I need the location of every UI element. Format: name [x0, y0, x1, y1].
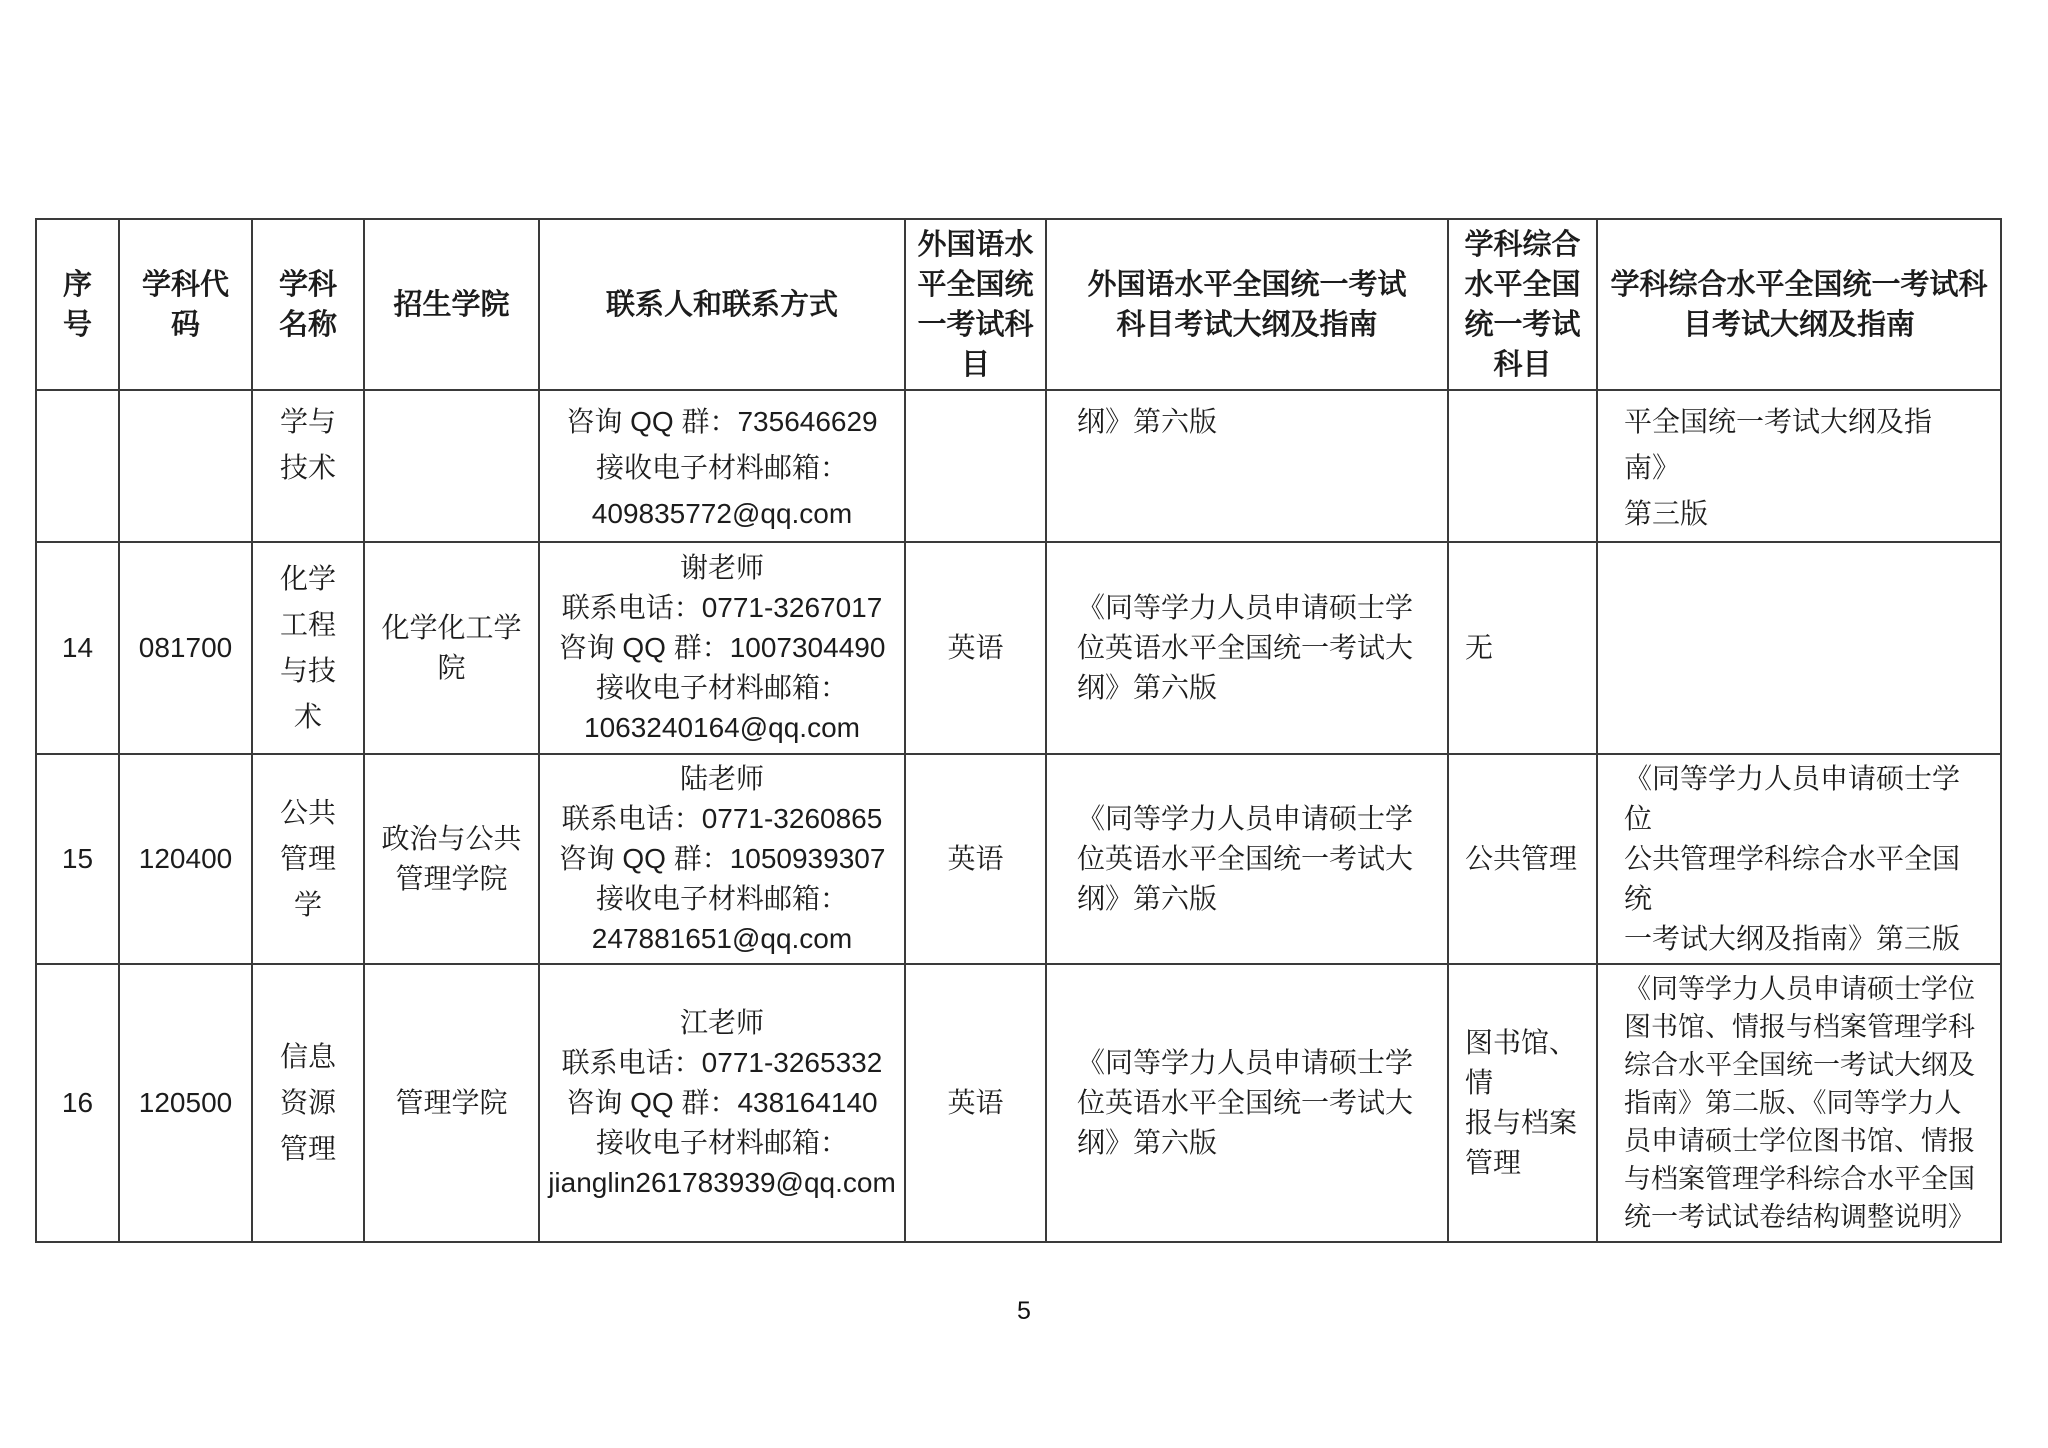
- college-value: 政治与公共 管理学院: [381, 819, 521, 899]
- foreign-exam-guide-value: 《同等学力人员申请硕士学 位英语水平全国统一考试大 纲》第六版: [1077, 799, 1413, 919]
- page-number: 5: [0, 1297, 2048, 1326]
- header-foreign-exam-guide-label: 外国语水平全国统一考试 科目考试大纲及指南: [1087, 265, 1406, 345]
- header-comprehensive-exam-guide: 学科综合水平全国统一考试科 目考试大纲及指南: [1597, 219, 2001, 390]
- header-college-label: 招生学院: [393, 285, 509, 325]
- cell-foreign-exam-guide: 《同等学力人员申请硕士学 位英语水平全国统一考试大 纲》第六版: [1046, 754, 1448, 964]
- cell-comprehensive-exam-subject: 无: [1448, 542, 1597, 754]
- header-foreign-exam-guide: 外国语水平全国统一考试 科目考试大纲及指南: [1046, 219, 1448, 390]
- table-row-15: 15 120400 公共 管理 学 政治与公共 管理学院 陆老师 联系电话：07…: [36, 754, 2001, 964]
- cell-foreign-exam-subject: 英语: [905, 754, 1046, 964]
- contact-value: 谢老师 联系电话：0771-3267017 咨询 QQ 群：1007304490…: [559, 548, 886, 748]
- cell-contact: 咨询 QQ 群：735646629 接收电子材料邮箱： 409835772@qq…: [539, 390, 905, 542]
- contact-value: 咨询 QQ 群：735646629 接收电子材料邮箱： 409835772@qq…: [566, 399, 877, 537]
- cell-seq: 14: [36, 542, 119, 754]
- comprehensive-exam-subject-value: 无: [1465, 628, 1493, 668]
- foreign-exam-subject-value: 英语: [947, 1083, 1003, 1123]
- comprehensive-exam-subject-value: 图书馆、情 报与档案 管理: [1465, 1023, 1588, 1183]
- header-comprehensive-exam-subject: 学科综合 水平全国 统一考试 科目: [1448, 219, 1597, 390]
- subject-code-value: 081700: [139, 628, 232, 668]
- cell-subject-name: 学与 技术: [252, 390, 364, 542]
- subject-code-value: 120400: [139, 839, 232, 879]
- cell-foreign-exam-guide: 纲》第六版: [1046, 390, 1448, 542]
- subject-code-value: 120500: [139, 1083, 232, 1123]
- cell-foreign-exam-subject: 英语: [905, 964, 1046, 1242]
- cell-college: 化学化工学 院: [364, 542, 539, 754]
- cell-contact: 江老师 联系电话：0771-3265332 咨询 QQ 群：438164140 …: [539, 964, 905, 1242]
- header-comprehensive-exam-subject-label: 学科综合 水平全国 统一考试 科目: [1464, 225, 1580, 385]
- cell-foreign-exam-subject: 英语: [905, 542, 1046, 754]
- table-row-14: 14 081700 化学 工程 与技 术 化学化工学 院 谢老师 联系电话：07…: [36, 542, 2001, 754]
- cell-comprehensive-exam-guide: 《同等学力人员申请硕士学位 公共管理学科综合水平全国统 一考试大纲及指南》第三版: [1597, 754, 2001, 964]
- cell-comprehensive-exam-subject: 图书馆、情 报与档案 管理: [1448, 964, 1597, 1242]
- cell-comprehensive-exam-subject: 公共管理: [1448, 754, 1597, 964]
- cell-contact: 谢老师 联系电话：0771-3267017 咨询 QQ 群：1007304490…: [539, 542, 905, 754]
- comprehensive-exam-guide-value: 《同等学力人员申请硕士学位 公共管理学科综合水平全国统 一考试大纲及指南》第三版: [1624, 759, 1978, 959]
- cell-subject-name: 信息 资源 管理: [252, 964, 364, 1242]
- cell-foreign-exam-subject: [905, 390, 1046, 542]
- subject-name-value: 信息 资源 管理: [280, 1034, 336, 1172]
- comprehensive-exam-guide-value: 平全国统一考试大纲及指南》 第三版: [1624, 399, 1978, 537]
- cell-contact: 陆老师 联系电话：0771-3260865 咨询 QQ 群：1050939307…: [539, 754, 905, 964]
- header-seq-label: 序 号: [63, 265, 92, 345]
- subject-name-value: 化学 工程 与技 术: [280, 556, 336, 740]
- comprehensive-exam-guide-value: 《同等学力人员申请硕士学位 图书馆、情报与档案管理学科 综合水平全国统一考试大纲…: [1624, 970, 1975, 1236]
- header-foreign-exam-subject: 外国语水 平全国统 一考试科 目: [905, 219, 1046, 390]
- contact-value: 陆老师 联系电话：0771-3260865 咨询 QQ 群：1050939307…: [559, 759, 886, 959]
- cell-subject-name: 公共 管理 学: [252, 754, 364, 964]
- foreign-exam-guide-value: 《同等学力人员申请硕士学 位英语水平全国统一考试大 纲》第六版: [1077, 588, 1413, 708]
- cell-college: [364, 390, 539, 542]
- cell-seq: 16: [36, 964, 119, 1242]
- table-row-16: 16 120500 信息 资源 管理 管理学院 江老师 联系电话：0771-32…: [36, 964, 2001, 1242]
- foreign-exam-subject-value: 英语: [947, 839, 1003, 879]
- header-contact-label: 联系人和联系方式: [606, 285, 838, 325]
- cell-subject-code: [119, 390, 252, 542]
- foreign-exam-guide-value: 纲》第六版: [1077, 399, 1217, 445]
- seq-value: 16: [62, 1083, 93, 1123]
- header-comprehensive-exam-guide-label: 学科综合水平全国统一考试科 目考试大纲及指南: [1610, 265, 1987, 345]
- contact-value: 江老师 联系电话：0771-3265332 咨询 QQ 群：438164140 …: [548, 1003, 896, 1203]
- cell-seq: [36, 390, 119, 542]
- cell-foreign-exam-guide: 《同等学力人员申请硕士学 位英语水平全国统一考试大 纲》第六版: [1046, 964, 1448, 1242]
- cell-comprehensive-exam-guide: [1597, 542, 2001, 754]
- header-college: 招生学院: [364, 219, 539, 390]
- cell-subject-code: 081700: [119, 542, 252, 754]
- foreign-exam-guide-value: 《同等学力人员申请硕士学 位英语水平全国统一考试大 纲》第六版: [1077, 1043, 1413, 1163]
- table-header-row: 序 号 学科代 码 学科 名称 招生学院 联系人和联系方式 外国语水 平全国统 …: [36, 219, 2001, 390]
- seq-value: 14: [62, 628, 93, 668]
- seq-value: 15: [62, 839, 93, 879]
- cell-subject-code: 120500: [119, 964, 252, 1242]
- cell-college: 管理学院: [364, 964, 539, 1242]
- foreign-exam-subject-value: 英语: [947, 628, 1003, 668]
- header-subject-code: 学科代 码: [119, 219, 252, 390]
- college-value: 管理学院: [395, 1083, 507, 1123]
- college-value: 化学化工学 院: [381, 608, 521, 688]
- table-row-continuation: 学与 技术 咨询 QQ 群：735646629 接收电子材料邮箱： 409835…: [36, 390, 2001, 542]
- cell-subject-code: 120400: [119, 754, 252, 964]
- subjects-exam-table: 序 号 学科代 码 学科 名称 招生学院 联系人和联系方式 外国语水 平全国统 …: [35, 218, 2002, 1243]
- header-seq: 序 号: [36, 219, 119, 390]
- document-page: 序 号 学科代 码 学科 名称 招生学院 联系人和联系方式 外国语水 平全国统 …: [0, 0, 2048, 1448]
- header-contact: 联系人和联系方式: [539, 219, 905, 390]
- header-foreign-exam-subject-label: 外国语水 平全国统 一考试科 目: [917, 225, 1033, 385]
- header-subject-name: 学科 名称: [252, 219, 364, 390]
- comprehensive-exam-subject-value: 公共管理: [1465, 839, 1577, 879]
- cell-college: 政治与公共 管理学院: [364, 754, 539, 964]
- header-subject-code-label: 学科代 码: [142, 265, 229, 345]
- cell-subject-name: 化学 工程 与技 术: [252, 542, 364, 754]
- header-subject-name-label: 学科 名称: [279, 265, 337, 345]
- subject-name-value: 学与 技术: [280, 399, 336, 491]
- cell-comprehensive-exam-subject: [1448, 390, 1597, 542]
- subject-name-value: 公共 管理 学: [280, 790, 336, 928]
- cell-foreign-exam-guide: 《同等学力人员申请硕士学 位英语水平全国统一考试大 纲》第六版: [1046, 542, 1448, 754]
- cell-seq: 15: [36, 754, 119, 964]
- cell-comprehensive-exam-guide: 《同等学力人员申请硕士学位 图书馆、情报与档案管理学科 综合水平全国统一考试大纲…: [1597, 964, 2001, 1242]
- cell-comprehensive-exam-guide: 平全国统一考试大纲及指南》 第三版: [1597, 390, 2001, 542]
